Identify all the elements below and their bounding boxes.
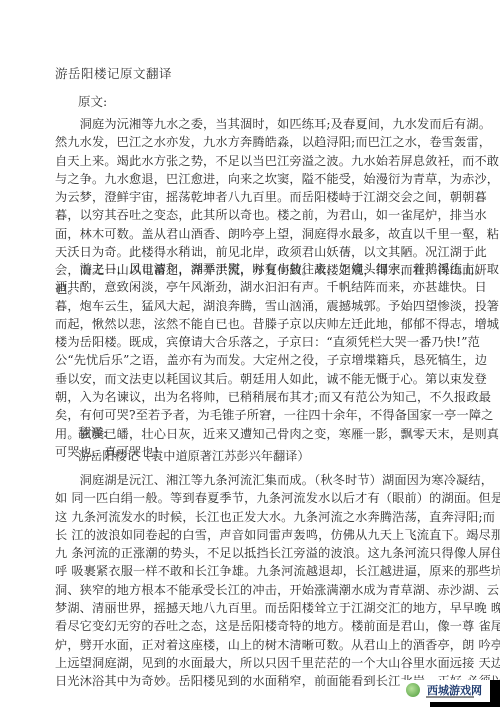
text-line: 然九水发，巴江之水亦发，九水方奔腾皓淼，以趋浔阳;而巴江之水，卷雪轰雷， [55,133,403,151]
text-line: 垂以安，而文法吏以耗国议其后。朝廷用人如此，诚不能无慨于心。第以束发登 [55,370,403,388]
text-line: 看尽它变幻无穷的吞吐之态，这是岳阳楼奇特的地方。楼前面是君山，像一尊 雀尾 [55,617,403,635]
text-line: 如 同一匹白绢一般。等到春夏季节，九条河流发水以后才有（眼前）的湖面。但是， [55,489,403,507]
text-line: 面，林木可数。盖从君山酒香、朗吟亭上望，洞庭得水最多，故直以千里一壑，粘 [55,225,403,243]
translation-title: 游岳阳楼记（袁中道原著江苏彭兴年翻译） [78,447,310,464]
text-line: 九 条河流的正涨潮的势头，不足以抵挡长江旁溢的波浪。这九条河流只得像人屏住 [55,544,403,562]
text-line: 上远望洞庭湖，见到的水面最大，所以只因千里茫茫的一个大山谷里水面远接 天边， [55,654,403,672]
text-line: 公“先忧后乐”之语，盖亦有为而发。大定州之役，子京增堞籍兵，恳死犒生，边 [55,351,403,369]
text-line: 而起，愀然以悲，泫然不能自已也。昔滕子京以庆帅左迁此地，郁郁不得志，增城 [55,315,403,333]
text-line: 朝，入为名谏议，出为名将帅，已稍稍展布其才;而又有范公为知己，不久报政最 [55,388,403,406]
text-line: 梦湖、清丽世界，摇撼天地八九百里。而岳阳楼耸立于江湖交汇的地方，早早晚 晚， [55,599,403,617]
text-line: 这 九条河流发水的时候，长江也正发大水。九条河流之水奔腾浩荡，直奔浔阳;而 [55,508,403,526]
text-line: 自天上来。竭此水方张之势，不足以当巴江旁溢之波。九水始若屏息敛衽，而不敢 [55,152,403,170]
translation-paragraph-1: 洞庭湖是沅江、湘江等九条河流汇集而成。（秋冬时节）湖面因为寒冷凝结， 如 同一匹… [55,471,403,691]
document-title: 游岳阳楼记原文翻译 [55,64,172,82]
text-line: 洞、狭窄的地方根本不能承受长江的冲击，开始涨满潮水成为青草湖、赤沙湖、云 [55,581,403,599]
text-line: 暮，炮车云生，猛风大起，湖浪奔腾，雪山汹涌，震撼城郭。予始四望惨淡，投箸 [55,297,403,315]
text-line: 酒共酌，意致闲淡，亭午风渐劲，湖水汩汩有声。千帆结阵而来，亦甚雄快。日 [55,278,403,296]
text-line: 洞庭湖是沅江、湘江等九条河流汇集而成。（秋冬时节）湖面因为寒冷凝结， [55,471,403,489]
leaf-globe-icon [406,683,420,697]
watermark-subtitle-line [426,696,474,698]
text-line: 洞庭为沅湘等九水之委，当其涸时，如匹练耳;及春夏间，九水发而后有湖。 [55,115,403,133]
text-line: 呼 吸裹紧衣服一样不敢和长江争雄。九条河流越退却，长江越进逼，原来的那些坑 [55,562,403,580]
original-label: 原文: [78,92,107,110]
text-line: 游之日，风日清和，湖平于熨，时有小舫往来，如鯈头细字，着鹅溪练上。取 [55,260,403,278]
text-line: 暮，以穷其吞吐之变态，此其所以奇也。楼之前，为君山，如一雀尾炉，排当水 [55,206,403,224]
text-line: 长 江的波浪如同卷起的白雪，声音如同雷声轰鸣，仿佛从九天上飞流直下。竭尽那 [55,526,403,544]
translation-label: 翻译: [78,423,107,441]
text-line: 楼为岳阳楼。既成，宾僚请大合乐落之，子京曰：“直须凭栏大哭一番乃快!”范 [55,333,403,351]
text-line: 为云梦，澄鲜宇宙，摇荡乾坤者八九百里。而岳阳楼峙于江湖交会之间，朝朝暮 [55,188,403,206]
text-line: 与之争。九水愈退，巴江愈进，向来之坎窦，隘不能受，始漫衍为青草，为赤沙， [55,170,403,188]
text-line: 炉，劈开水面，正对着这座楼，山上的树木清晰可数。从君山上的酒香亭，朗 吟亭 [55,636,403,654]
text-line: 矣，有何可哭?至若予者，为毛锥子所窘，一往四十余年，不得备国家一亭一障之 [55,406,403,424]
text-line: 日光沐浴其中为奇妙。岳阳楼见到的水面稍窄，前面能看到长江北岸，正好 必须以 [55,672,403,690]
document-page: 游岳阳楼记原文翻译 原文: 洞庭为沅湘等九水之委，当其涸时，如匹练耳;及春夏间，… [0,0,500,707]
text-line: 天沃日为奇。此楼得水稍诎，前见北岸，政须君山妖蒨，以文其陋。况江湖于此 [55,243,403,261]
site-watermark: 西城游戏网 [400,680,500,707]
